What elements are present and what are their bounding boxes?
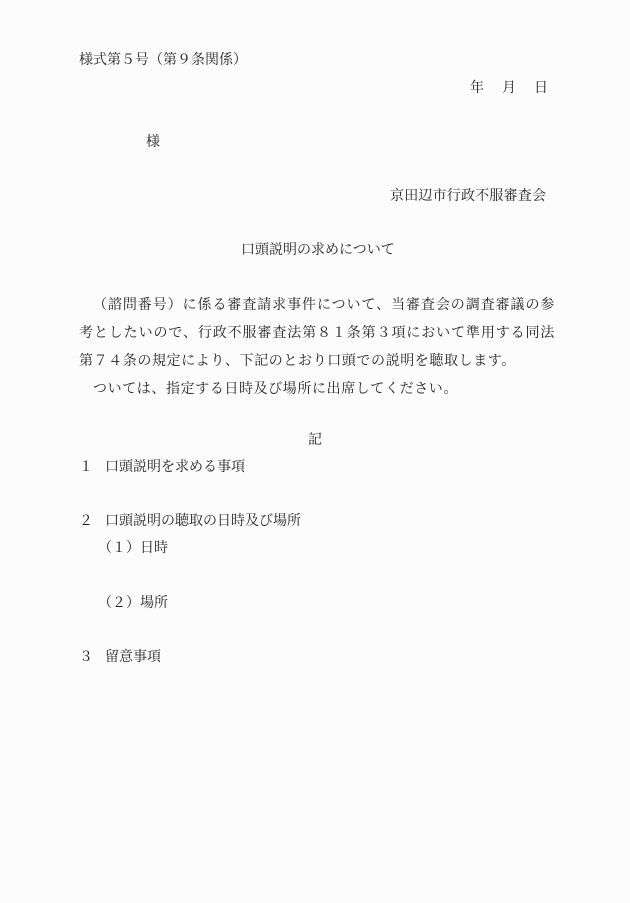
date-day-label: 日 <box>534 81 548 95</box>
item-label: 口頭説明を求める事項 <box>105 459 245 475</box>
item-label: 口頭説明の聴取の日時及び場所 <box>105 513 301 529</box>
date-year-label: 年 <box>470 81 484 95</box>
ki-heading: 記 <box>308 433 322 447</box>
date-line: 年月日 <box>470 81 548 95</box>
item-number: １ <box>79 460 105 474</box>
subitem-number: （２） <box>98 595 140 611</box>
subitem-place: （２）場所 <box>98 596 168 610</box>
form-number: 様式第５号（第９条関係） <box>79 53 247 67</box>
subitem-datetime: （１）日時 <box>98 541 168 555</box>
item-1: １口頭説明を求める事項 <box>79 460 245 474</box>
subitem-label: 日時 <box>140 540 168 556</box>
item-2: ２口頭説明の聴取の日時及び場所 <box>79 514 301 528</box>
body-paragraph-2: ついては、指定する日時及び場所に出席してください。 <box>79 375 555 403</box>
document-subject: 口頭説明の求めについて <box>241 243 395 257</box>
body-paragraph-1: （諮問番号）に係る審査請求事件について、当審査会の調査審議の参考としたいので、行… <box>79 291 555 375</box>
body-text: （諮問番号）に係る審査請求事件について、当審査会の調査審議の参考としたいので、行… <box>79 291 555 403</box>
subitem-label: 場所 <box>140 595 168 611</box>
issuer-name: 京田辺市行政不服審査会 <box>390 189 546 203</box>
subitem-number: （１） <box>98 540 140 556</box>
item-3: ３留意事項 <box>79 650 161 664</box>
item-number: ２ <box>79 514 105 528</box>
date-month-label: 月 <box>502 81 516 95</box>
addressee-suffix: 様 <box>146 135 160 149</box>
item-number: ３ <box>79 650 105 664</box>
item-label: 留意事項 <box>105 649 161 665</box>
